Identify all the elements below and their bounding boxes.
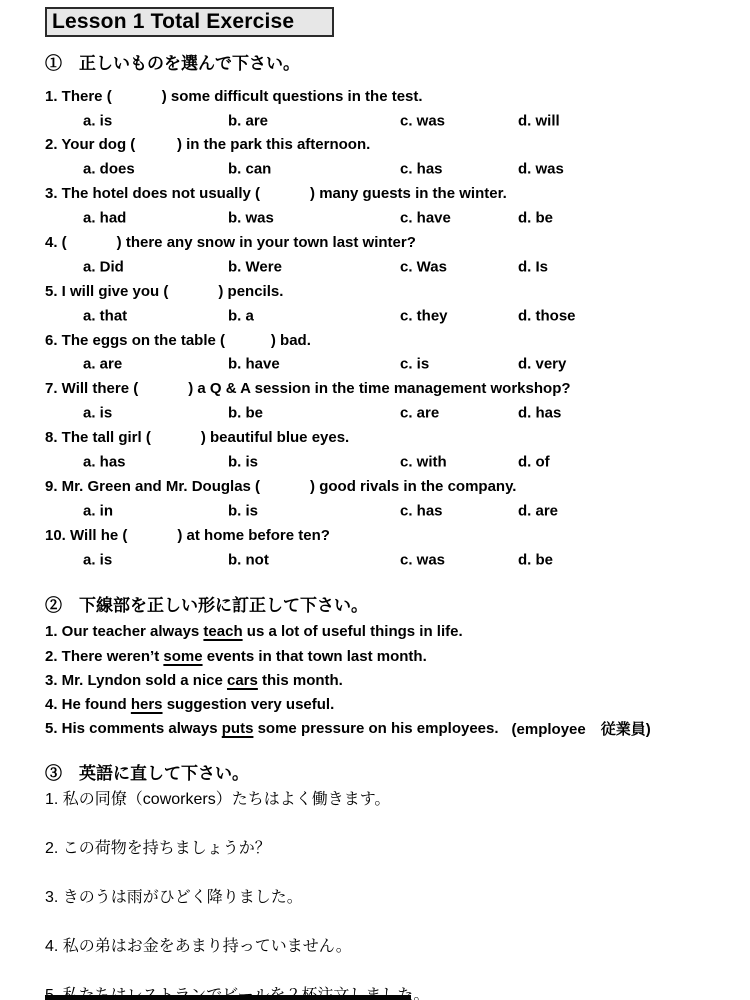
option-c: c. is: [400, 356, 429, 373]
option-a: a. is: [83, 112, 112, 129]
option-a: a. are: [83, 356, 122, 373]
option-b: b. a: [228, 307, 254, 324]
question-8-options: a. has b. is c. with d. of: [45, 450, 720, 474]
page-title: Lesson 1 Total Exercise: [45, 7, 334, 37]
option-a: a. in: [83, 502, 113, 519]
item-text-pre: 2. There weren’t: [45, 648, 163, 665]
option-c: c. was: [400, 551, 445, 568]
option-c: c. they: [400, 307, 448, 324]
option-d: d. be: [518, 551, 553, 568]
item-text-pre: 4. He found: [45, 696, 131, 713]
option-b: b. can: [228, 161, 271, 178]
question-2-text: 2. Your dog ( ) in the park this afterno…: [45, 133, 720, 157]
question-5-text: 5. I will give you ( ) pencils.: [45, 279, 720, 303]
option-d: d. are: [518, 502, 558, 519]
question-4-options: a. Did b. Were c. Was d. Is: [45, 255, 720, 279]
option-b: b. was: [228, 210, 274, 227]
question-2-options: a. does b. can c. has d. was: [45, 157, 720, 181]
option-a: a. Did: [83, 258, 124, 275]
question-9-text: 9. Mr. Green and Mr. Douglas ( ) good ri…: [45, 474, 720, 498]
section1-questions: 1. There ( ) some difficult questions in…: [45, 84, 720, 572]
section3-heading: ③ 英語に直して下さい。: [45, 762, 720, 786]
question-1-options: a. is b. are c. was d. will: [45, 108, 720, 132]
option-d: d. those: [518, 307, 576, 324]
item-text-post: some pressure on his employees.: [253, 720, 498, 737]
correction-item-5: 5. His comments always puts some pressur…: [45, 717, 720, 741]
section1-heading: ① 正しいものを選んで下さい。: [45, 52, 720, 76]
option-d: d. was: [518, 161, 564, 178]
question-10-text: 10. Will he ( ) at home before ten?: [45, 523, 720, 547]
option-d: d. will: [518, 112, 560, 129]
translation-item-3: 3. きのうは雨がひどく降りました。: [45, 888, 720, 907]
section3-items: 1. 私の同僚（coworkers）たちはよく働きます。 2. この荷物を持ちま…: [45, 790, 720, 1000]
option-d: d. be: [518, 210, 553, 227]
question-4-text: 4. ( ) there any snow in your town last …: [45, 230, 720, 254]
underlined-word: cars: [227, 672, 258, 689]
translation-item-1: 1. 私の同僚（coworkers）たちはよく働きます。: [45, 790, 720, 809]
option-b: b. Were: [228, 258, 282, 275]
option-a: a. is: [83, 405, 112, 422]
option-b: b. not: [228, 551, 269, 568]
question-8-text: 8. The tall girl ( ) beautiful blue eyes…: [45, 425, 720, 449]
option-d: d. has: [518, 405, 561, 422]
correction-item-2: 2. There weren’t some events in that tow…: [45, 644, 720, 668]
option-a: a. had: [83, 210, 126, 227]
option-a: a. does: [83, 161, 135, 178]
question-5-options: a. that b. a c. they d. those: [45, 304, 720, 328]
question-3-text: 3. The hotel does not usually ( ) many g…: [45, 182, 720, 206]
option-a: a. has: [83, 454, 126, 471]
cutoff-next-title-box-edge: [45, 995, 411, 1000]
item-text-post: suggestion very useful.: [163, 696, 335, 713]
correction-item-1: 1. Our teacher always teach us a lot of …: [45, 620, 720, 644]
option-d: d. of: [518, 454, 550, 471]
question-10-options: a. is b. not c. was d. be: [45, 547, 720, 571]
item-text-post: this month.: [258, 672, 343, 689]
option-b: b. is: [228, 454, 258, 471]
vocabulary-note: (employee 従業員): [512, 718, 651, 739]
item-text-pre: 3. Mr. Lyndon sold a nice: [45, 672, 227, 689]
option-b: b. be: [228, 405, 263, 422]
question-1-text: 1. There ( ) some difficult questions in…: [45, 84, 720, 108]
option-c: c. was: [400, 112, 445, 129]
item-text-post: us a lot of useful things in life.: [243, 623, 463, 640]
option-b: b. have: [228, 356, 280, 373]
underlined-word: hers: [131, 696, 163, 713]
question-3-options: a. had b. was c. have d. be: [45, 206, 720, 230]
question-6-text: 6. The eggs on the table ( ) bad.: [45, 328, 720, 352]
section2-heading: ② 下線部を正しい形に訂正して下さい。: [45, 594, 720, 618]
question-7-options: a. is b. be c. are d. has: [45, 401, 720, 425]
option-b: b. is: [228, 502, 258, 519]
option-b: b. are: [228, 112, 268, 129]
translation-item-2: 2. この荷物を持ちましょうか？: [45, 839, 720, 858]
option-c: c. Was: [400, 258, 447, 275]
correction-item-4: 4. He found hers suggestion very useful.: [45, 692, 720, 716]
item-text-pre: 5. His comments always: [45, 720, 222, 737]
option-c: c. has: [400, 161, 443, 178]
underlined-word: puts: [222, 720, 254, 737]
question-7-text: 7. Will there ( ) a Q & A session in the…: [45, 377, 720, 401]
question-6-options: a. are b. have c. is d. very: [45, 352, 720, 376]
option-d: d. Is: [518, 258, 548, 275]
option-a: a. is: [83, 551, 112, 568]
option-c: c. has: [400, 502, 443, 519]
translation-item-4: 4. 私の弟はお金をあまり持っていません。: [45, 937, 720, 956]
option-c: c. with: [400, 454, 447, 471]
item-text-post: events in that town last month.: [203, 648, 427, 665]
underlined-word: some: [163, 648, 202, 665]
section2-items: 1. Our teacher always teach us a lot of …: [45, 620, 720, 741]
option-c: c. have: [400, 210, 451, 227]
question-9-options: a. in b. is c. has d. are: [45, 499, 720, 523]
underlined-word: teach: [203, 623, 242, 640]
worksheet-page: Lesson 1 Total Exercise ① 正しいものを選んで下さい。 …: [0, 0, 750, 1000]
option-a: a. that: [83, 307, 127, 324]
option-c: c. are: [400, 405, 439, 422]
item-text-pre: 1. Our teacher always: [45, 623, 203, 640]
option-d: d. very: [518, 356, 566, 373]
correction-item-3: 3. Mr. Lyndon sold a nice cars this mont…: [45, 668, 720, 692]
